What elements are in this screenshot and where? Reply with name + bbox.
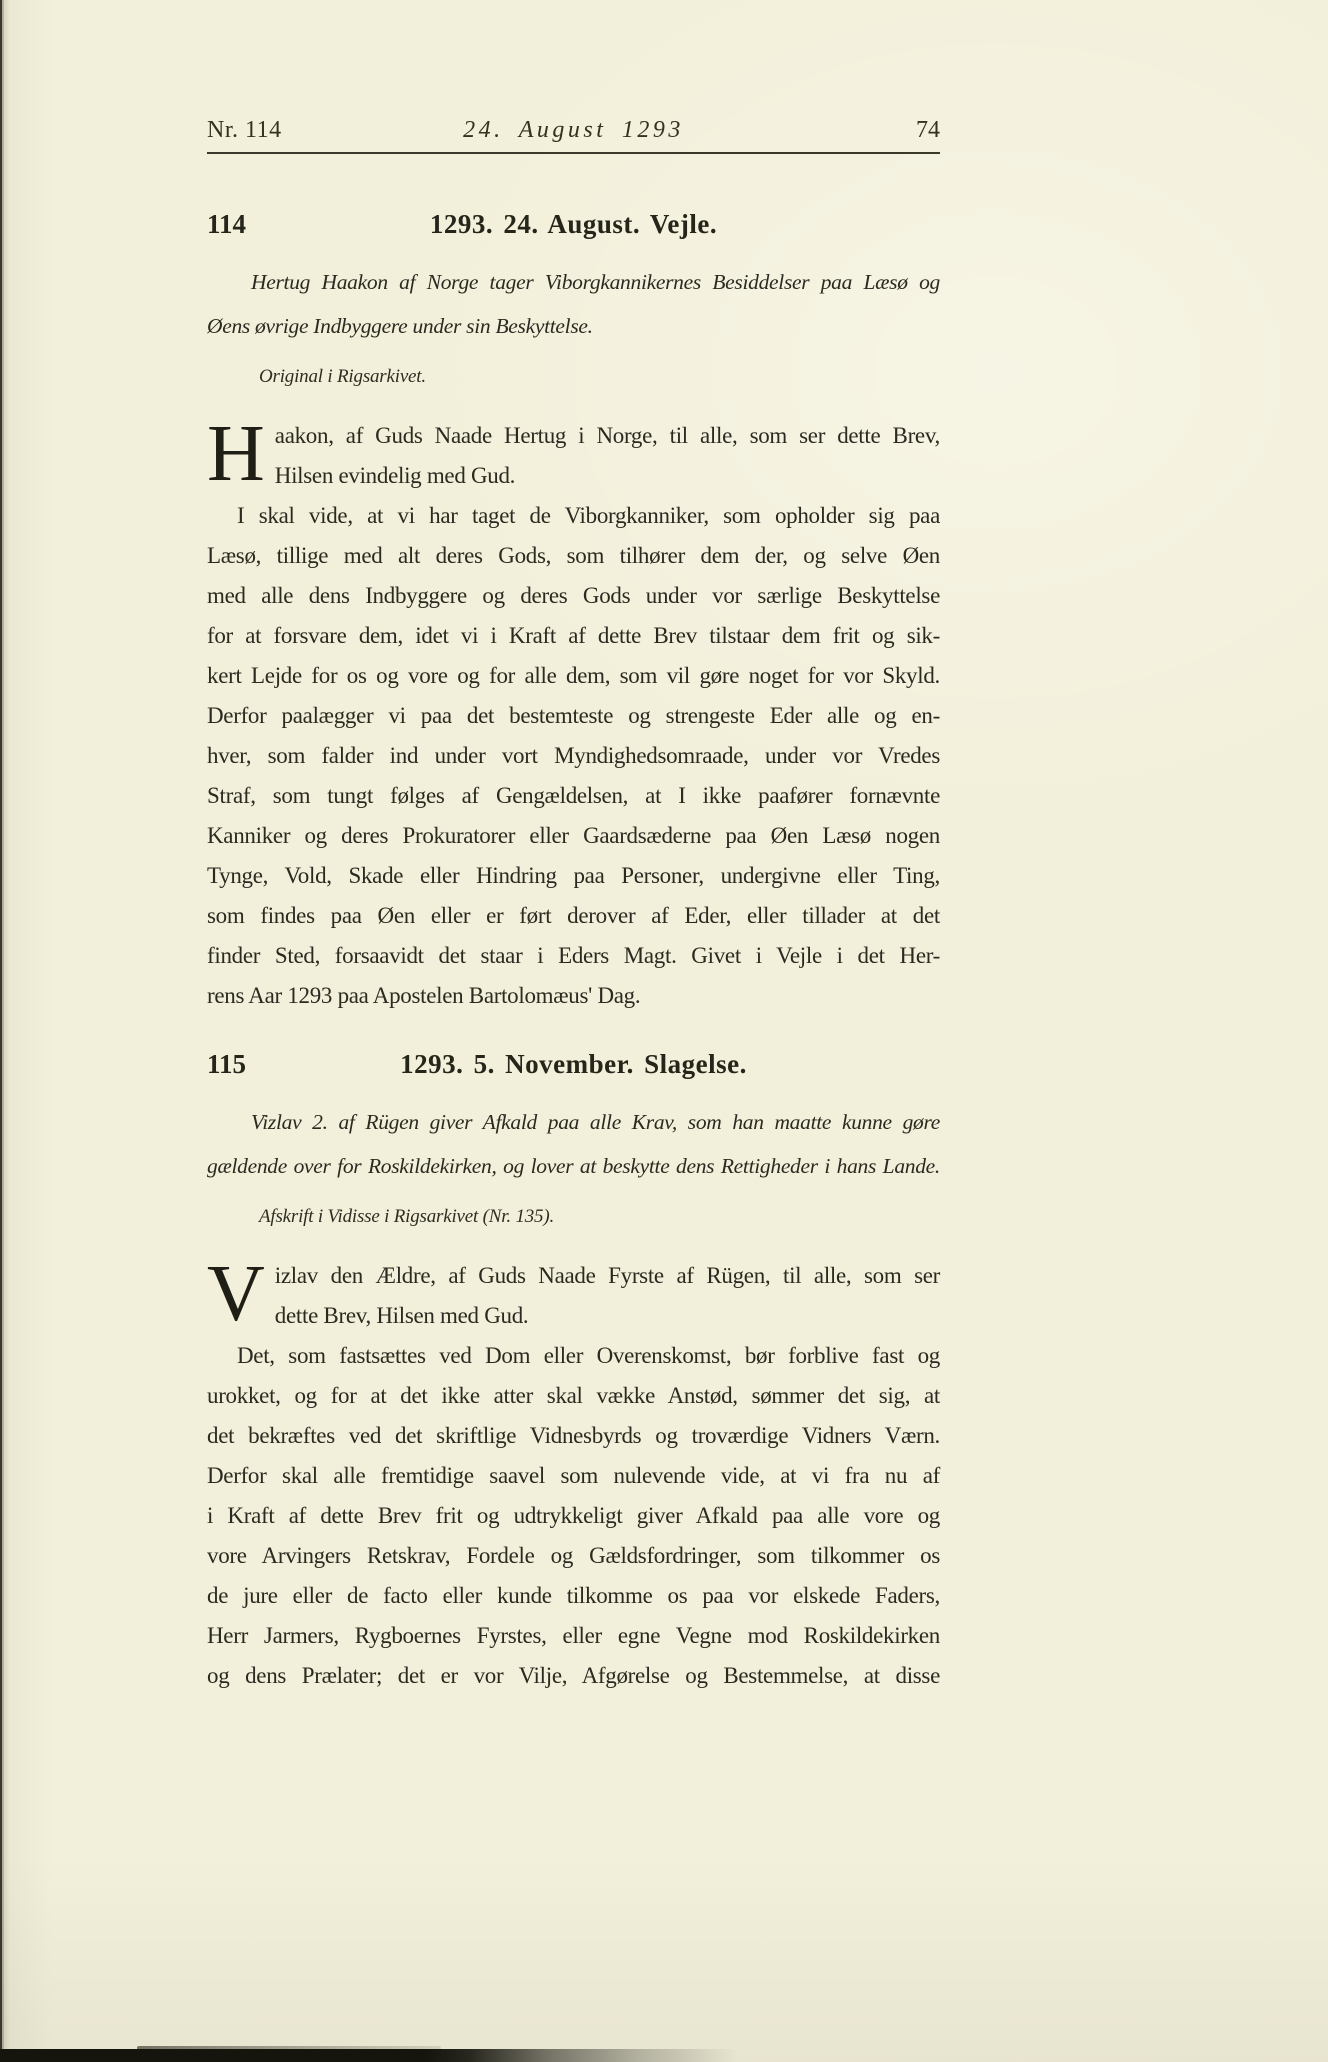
- text-line: finder Sted, forsaavidt det staar i Eder…: [207, 936, 940, 976]
- entry-source-note: Original i Rigsarkivet.: [259, 362, 940, 392]
- text-line: Hertug Haakon af Norge tager Viborgkanni…: [207, 260, 940, 304]
- text-line: Vizlav 2. af Rügen giver Afkald paa alle…: [207, 1100, 940, 1144]
- scan-artifact-bar: [0, 2049, 760, 2062]
- text-line: i Kraft af dette Brev frit og udtrykkeli…: [207, 1496, 940, 1536]
- text-line: og dens Prælater; det er vor Vilje, Afgø…: [207, 1656, 940, 1696]
- entry-115: 115 1293. 5. November. Slagelse. Vizlav …: [207, 1046, 940, 1696]
- running-header-date: 24. August 1293: [207, 114, 940, 146]
- text-line: urokket, og for at det ikke atter skal v…: [207, 1376, 940, 1416]
- text-line: aakon, af Guds Naade Hertug i Norge, til…: [207, 416, 940, 456]
- book-page: Nr. 114 24. August 1293 74 114 1293. 24.…: [0, 0, 1328, 2062]
- entry-opening-paragraph: V izlav den Ældre, af Guds Naade Fyrste …: [207, 1256, 940, 1336]
- entry-summary: Vizlav 2. af Rügen giver Afkald paa alle…: [207, 1100, 940, 1188]
- text-line: Det, som fastsættes ved Dom eller Overen…: [207, 1336, 940, 1376]
- text-line: Tynge, Vold, Skade eller Hindring paa Pe…: [207, 856, 940, 896]
- entry-number: 115: [207, 1046, 246, 1082]
- entry-body: I skal vide, at vi har taget de Viborgka…: [207, 496, 940, 1016]
- text-line: Øens øvrige Indbyggere under sin Beskytt…: [207, 304, 940, 348]
- text-line: Hilsen evindelig med Gud.: [207, 456, 940, 496]
- entry-opening-lines: izlav den Ældre, af Guds Naade Fyrste af…: [207, 1256, 940, 1336]
- page-spine-shadow: [0, 0, 10, 2062]
- text-line: Straf, som tungt følges af Gengældelsen,…: [207, 776, 940, 816]
- text-line: gældende over for Roskildekirken, og lov…: [207, 1144, 940, 1188]
- text-line: I skal vide, at vi har taget de Viborgka…: [207, 496, 940, 536]
- text-line: kert Lejde for os og vore og for alle de…: [207, 656, 940, 696]
- text-line: med alle dens Indbyggere og deres Gods u…: [207, 576, 940, 616]
- text-line: vore Arvingers Retskrav, Fordele og Gæld…: [207, 1536, 940, 1576]
- entry-heading: 114 1293. 24. August. Vejle.: [207, 206, 940, 242]
- text-line: de jure eller de facto eller kunde tilko…: [207, 1576, 940, 1616]
- entry-title: 1293. 5. November. Slagelse.: [207, 1046, 940, 1082]
- text-line: izlav den Ældre, af Guds Naade Fyrste af…: [207, 1256, 940, 1296]
- running-header: Nr. 114 24. August 1293 74: [207, 114, 940, 146]
- text-line: rens Aar 1293 paa Apostelen Bartolomæus'…: [207, 976, 940, 1016]
- entry-number: 114: [207, 206, 246, 242]
- dropcap-letter: V: [207, 1256, 275, 1326]
- text-line: Derfor skal alle fremtidige saavel som n…: [207, 1456, 940, 1496]
- text-line: Herr Jarmers, Rygboernes Fyrstes, eller …: [207, 1616, 940, 1656]
- entry-opening-lines: aakon, af Guds Naade Hertug i Norge, til…: [207, 416, 940, 496]
- text-line: Derfor paalægger vi paa det bestemteste …: [207, 696, 940, 736]
- entry-opening-paragraph: H aakon, af Guds Naade Hertug i Norge, t…: [207, 416, 940, 496]
- dropcap-letter: H: [207, 416, 275, 486]
- text-line: det bekræftes ved det skriftlige Vidnesb…: [207, 1416, 940, 1456]
- text-line: dette Brev, Hilsen med Gud.: [207, 1296, 940, 1336]
- entry-body: Det, som fastsættes ved Dom eller Overen…: [207, 1336, 940, 1696]
- entry-114: 114 1293. 24. August. Vejle. Hertug Haak…: [207, 206, 940, 1016]
- entry-title: 1293. 24. August. Vejle.: [207, 206, 940, 242]
- text-line: hver, som falder ind under vort Myndighe…: [207, 736, 940, 776]
- page-number: 74: [916, 114, 940, 146]
- text-column: Nr. 114 24. August 1293 74 114 1293. 24.…: [207, 0, 940, 1696]
- text-line: Læsø, tillige med alt deres Gods, som ti…: [207, 536, 940, 576]
- entry-source-note: Afskrift i Vidisse i Rigsarkivet (Nr. 13…: [259, 1202, 940, 1232]
- entry-heading: 115 1293. 5. November. Slagelse.: [207, 1046, 940, 1082]
- text-line: Kanniker og deres Prokuratorer eller Gaa…: [207, 816, 940, 856]
- text-line: som findes paa Øen eller er ført derover…: [207, 896, 940, 936]
- header-rule: [207, 152, 940, 154]
- entry-summary: Hertug Haakon af Norge tager Viborgkanni…: [207, 260, 940, 348]
- text-line: for at forsvare dem, idet vi i Kraft af …: [207, 616, 940, 656]
